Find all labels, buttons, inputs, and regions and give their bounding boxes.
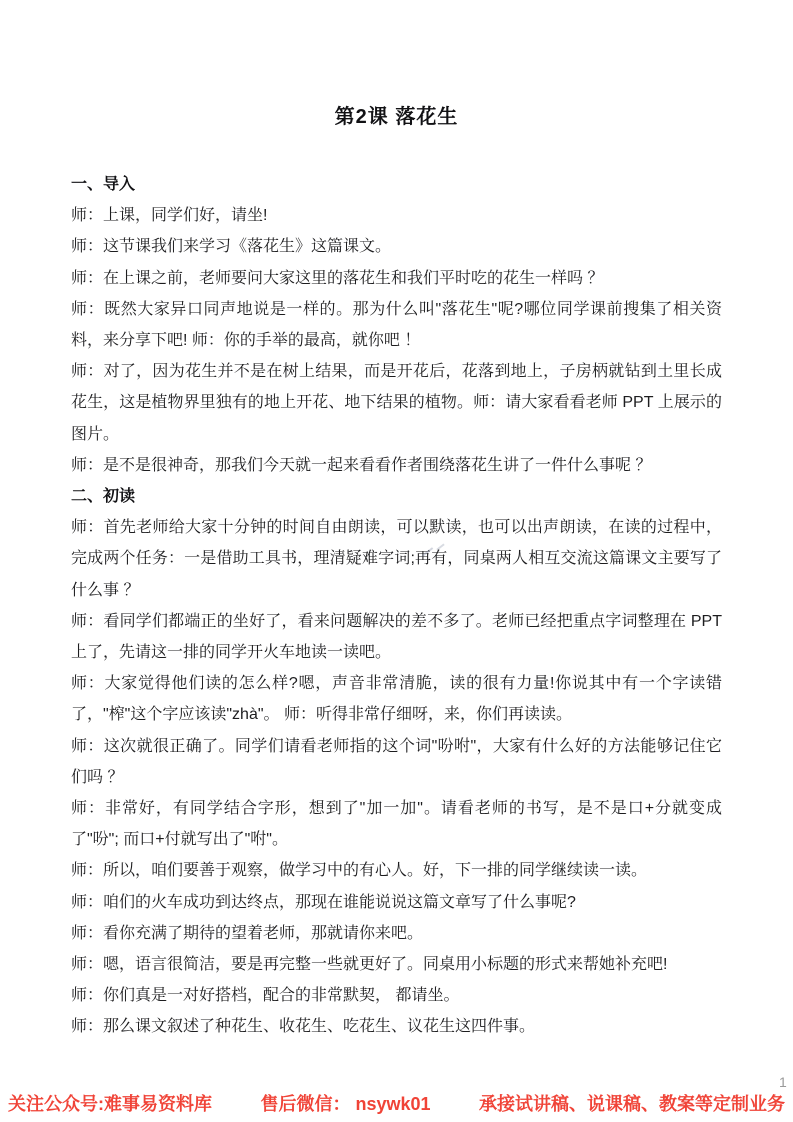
dialogue-paragraph: 师：在上课之前，老师要问大家这里的落花生和我们平时吃的花生一样吗 ？ — [71, 263, 722, 294]
dialogue-paragraph: 师：这节课我们来学习《落花生》这篇课文。 — [71, 231, 722, 262]
dialogue-paragraph: 师：上课，同学们好，请坐! — [71, 200, 722, 231]
dialogue-paragraph: 师：是不是很神奇，那我们今天就一起来看看作者围绕落花生讲了一件什么事呢 ？ — [71, 450, 722, 481]
footer-segment: 售后微信： nsywk01 — [260, 1090, 430, 1116]
page-number: 1 — [779, 1074, 787, 1090]
dialogue-paragraph: 师：看同学们都端正的坐好了，看来问题解决的差不多了。老师已经把重点字词整理在 P… — [71, 606, 722, 668]
footer-segment: 承接试讲稿、说课稿、教案等定制业务 — [479, 1090, 785, 1116]
dialogue-paragraph: 师：首先老师给大家十分钟的时间自由朗读，可以默读，也可以出声朗读，在读的过程中，… — [71, 512, 722, 606]
dialogue-paragraph: 师：大家觉得他们读的怎么样?嗯，声音非常清脆，读的很有力量!你说其中有一个字读错… — [71, 668, 722, 730]
document-page: 第2课 落花生 一、导入师：上课，同学们好，请坐!师：这节课我们来学习《落花生》… — [0, 0, 793, 1122]
dialogue-paragraph: 师：咱们的火车成功到达终点，那现在谁能说说这篇文章写了什么事呢? — [71, 887, 722, 918]
footer-segment: 关注公众号:难事易资料库 — [8, 1090, 212, 1116]
document-body: 一、导入师：上课，同学们好，请坐!师：这节课我们来学习《落花生》这篇课文。师：在… — [71, 169, 722, 1043]
dialogue-paragraph: 师：你们真是一对好搭档，配合的非常默契， 都请坐。 — [71, 980, 722, 1011]
dialogue-paragraph: 师：嗯，语言很简洁，要是再完整一些就更好了。同桌用小标题的形式来帮她补充吧! — [71, 949, 722, 980]
footer-banner: 关注公众号:难事易资料库售后微信： nsywk01承接试讲稿、说课稿、教案等定制… — [8, 1090, 785, 1116]
section-heading: 一、导入 — [71, 169, 722, 200]
page-title: 第2课 落花生 — [0, 100, 793, 129]
section-heading: 二、初读 — [71, 481, 722, 512]
dialogue-paragraph: 师：对了，因为花生并不是在树上结果，而是开花后，花落到地上，子房柄就钻到土里长成… — [71, 356, 722, 450]
dialogue-paragraph: 师：那么课文叙述了种花生、收花生、吃花生、议花生这四件事。 — [71, 1011, 722, 1042]
dialogue-paragraph: 师：既然大家异口同声地说是一样的。那为什么叫"落花生"呢?哪位同学课前搜集了相关… — [71, 294, 722, 356]
dialogue-paragraph: 师：所以，咱们要善于观察，做学习中的有心人。好，下一排的同学继续读一读。 — [71, 855, 722, 886]
dialogue-paragraph: 师：这次就很正确了。同学们请看老师指的这个词"吩咐"，大家有什么好的方法能够记住… — [71, 731, 722, 793]
dialogue-paragraph: 师：看你充满了期待的望着老师，那就请你来吧。 — [71, 918, 722, 949]
dialogue-paragraph: 师：非常好，有同学结合字形，想到了"加一加"。请看老师的书写，是不是口+分就变成… — [71, 793, 722, 855]
